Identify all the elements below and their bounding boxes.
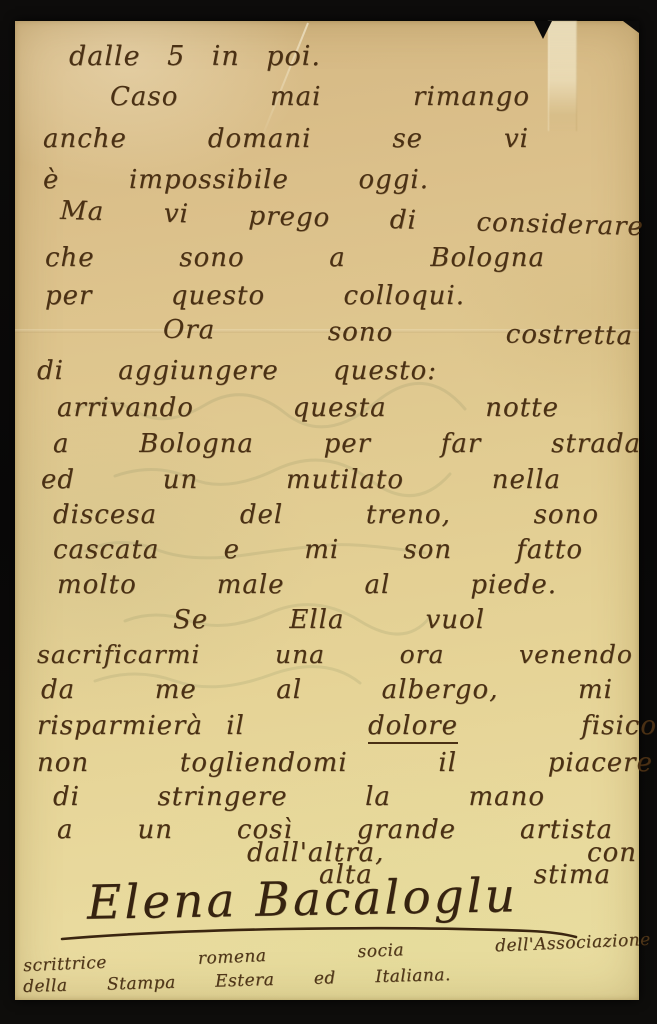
letter-line: distringerelamano bbox=[53, 782, 545, 812]
letter-line: nontogliendomiilpiacere bbox=[37, 748, 653, 778]
letter-line-segment: risparmierà il bbox=[37, 711, 245, 744]
letter-line: discesadeltreno,sono bbox=[53, 500, 599, 530]
letter-line: perquestocolloqui. bbox=[45, 281, 465, 311]
letter-paper: dalle5inpoi. Casomairimango anchedomanis… bbox=[15, 21, 639, 1000]
letter-line: sacrificarmiunaoravenendo bbox=[37, 640, 633, 669]
letter-line: chesonoaBologna bbox=[45, 243, 545, 273]
letter-line: Casomairimango bbox=[110, 82, 530, 112]
letter-line: cascataemisonfatto bbox=[53, 535, 583, 565]
letter-line: dalle5inpoi. bbox=[69, 41, 321, 72]
letter-body: dalle5inpoi. Casomairimango anchedomanis… bbox=[15, 21, 639, 1000]
letter-line: edunmutilatonella bbox=[41, 465, 561, 495]
letter-line: anchedomanisevi bbox=[43, 124, 529, 154]
letter-line-segment: fisico bbox=[581, 711, 657, 744]
letter-line: aBolognaperfarstrada bbox=[53, 429, 641, 459]
letter-line: Mavipregodiconsiderare bbox=[60, 196, 645, 242]
photo-backdrop: dalle5inpoi. Casomairimango anchedomanis… bbox=[0, 0, 657, 1024]
letter-line: damealalbergo,mi bbox=[41, 675, 613, 705]
underlined-word-dolore: dolore bbox=[368, 711, 458, 744]
letter-line: arrivandoquestanotte bbox=[57, 393, 559, 423]
letter-line: èimpossibileoggi. bbox=[43, 165, 429, 195]
letter-line: SeEllavuol bbox=[173, 605, 485, 635]
letter-line: diaggiungerequesto: bbox=[37, 356, 437, 386]
letter-line: moltomalealpiede. bbox=[57, 570, 557, 600]
letter-line: risparmierà il dolore fisico bbox=[37, 711, 657, 744]
signature: Elena Bacaloglu bbox=[87, 868, 519, 931]
letter-line: Orasonocostretta bbox=[163, 315, 633, 352]
